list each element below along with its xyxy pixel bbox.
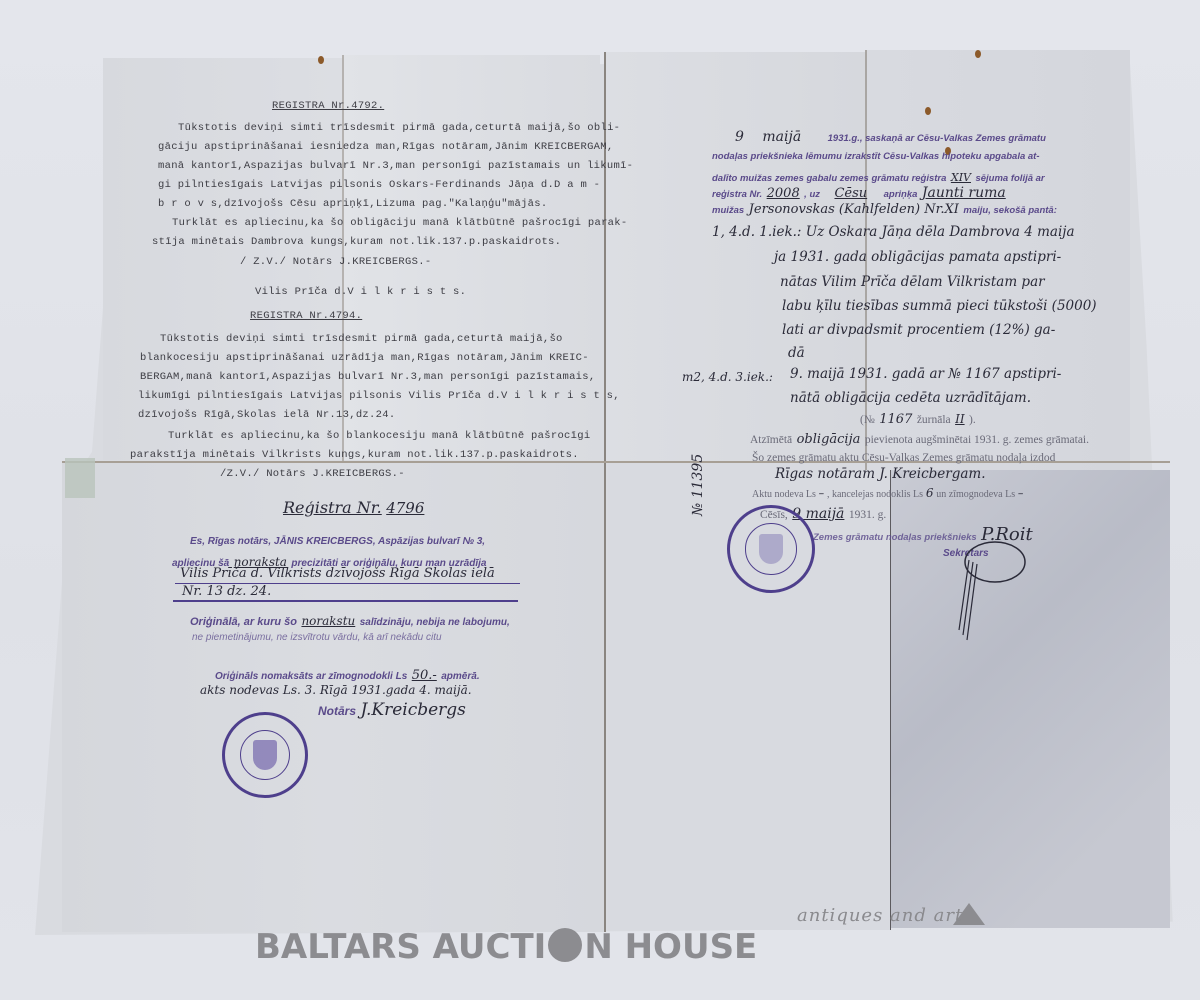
registry-line: muižas Jersonovskas (Kahlfelden) Nr.XI m… — [712, 200, 1057, 218]
paper-panel — [62, 462, 605, 932]
notary-signature: J.Kreicbergs — [360, 700, 465, 720]
register-1-line: stīja minētais Dambrova kungs,kuram not.… — [152, 236, 561, 248]
fold-line — [604, 52, 606, 932]
registry-date-line: 9 maijā 1931.g., saskaņā ar Cēsu-Valkas … — [735, 128, 1046, 146]
register-1-line: b r o v s,dzīvojošs Cēsu apriņķī,Lizuma … — [158, 198, 547, 210]
register-1-line: gāciju apstiprināšanai iesniedza man,Rīg… — [158, 141, 613, 153]
stamp-duty-line: Oriģināls nomaksāts ar zīmognodokli Ls 5… — [215, 666, 480, 684]
pin-hole — [975, 50, 981, 58]
register-3-heading: Reģistra Nr. 4796 — [283, 498, 424, 518]
register-2-line: parakstīja minētais Vilkrists kungs,kura… — [130, 449, 579, 461]
registry-entry: 9. maijā 1931. gadā ar № 1167 apstipri- — [790, 366, 1061, 382]
register-3-number: 4796 — [386, 499, 424, 517]
registry-entry: nātas Vilim Prīča dēlam Vilkristam par — [780, 274, 1045, 290]
journal-line: (№ 1167 žurnāla II ). — [860, 410, 976, 428]
register-3-line6: ne piemetinājumu, ne izsvītrotu vārdu, k… — [192, 632, 442, 643]
registry-entry-label: m2, 4.d. 3.iek.: — [682, 370, 773, 384]
register-2-line: BERGAM,manā kantorī,Aspazijas bulvarī Nr… — [140, 371, 595, 383]
registry-entry: nātā obligācija cedēta uzrādītājam. — [790, 390, 1031, 406]
register-2-line: blankocesiju apstiprināšanai uzrādīja ma… — [140, 352, 589, 364]
land-registry-stamp — [727, 505, 815, 593]
registry-entry: ja 1931. gada obligācijas pamata apstipr… — [774, 249, 1061, 265]
registry-line: Šo zemes grāmatu aktu Cēsu-Valkas Zemes … — [752, 452, 1055, 464]
registry-line: nodaļas priekšnieka lēmumu izrakstīt Cēs… — [712, 151, 1040, 162]
stamp-duty-amount: 50.- — [412, 668, 437, 683]
tape-patch — [65, 458, 95, 498]
notary-signature-line: Notārs J.Kreicbergs — [318, 700, 466, 720]
registry-line: Atzīmētā obligācija pievienota augšminēt… — [750, 430, 1089, 448]
coat-of-arms-icon — [759, 534, 783, 564]
register-3-hand-line: Vilis Prīča d. Vilkrists dzīvojošs Rīgā … — [180, 566, 495, 581]
pin-hole — [318, 56, 324, 64]
register-2-line: Tūkstotis deviņi simti trīsdesmit pirmā … — [160, 333, 563, 345]
register-1-line: Tūkstotis deviņi simti trīsdesmit pirmā … — [178, 122, 620, 134]
fees-line: Aktu nodeva Ls – , kancelejas nodoklis L… — [752, 486, 1023, 500]
register-1-heading: REGISTRA Nr.4792. — [272, 100, 384, 112]
registry-recipient: Rīgas notāram J. Kreicbergam. — [775, 466, 986, 482]
coat-of-arms-icon — [253, 740, 277, 770]
register-1-line: manā kantorī,Aspazijas bulvarī Nr.3,man … — [158, 160, 633, 172]
register-2-heading: REGISTRA Nr.4794. — [250, 310, 362, 322]
pin-hole — [925, 107, 931, 115]
register-2-line: Turklāt es apliecinu,ka šo blankocesiju … — [168, 430, 590, 442]
register-3-line1: Es, Rīgas notārs, JĀNIS KREICBERGS, Aspā… — [190, 536, 485, 547]
register-3-line5: Oriģinālā, ar kuru šo norakstu salīdzinā… — [190, 612, 510, 630]
notary-stamp — [222, 712, 308, 798]
auction-house-watermark: antiques and art BALTARS AUCTIN HOUSE — [255, 905, 1125, 985]
watermark-title: BALTARS AUCTIN HOUSE — [255, 927, 757, 967]
register-2-line: likumīgi pilntiesīgais Latvijas pilsonis… — [138, 390, 620, 402]
register-2-signature: /Z.V./ Notārs J.KREICBERGS.- — [220, 468, 405, 480]
act-fee-handwritten: akts nodevas Ls. 3. Rīgā 1931.gada 4. ma… — [200, 683, 472, 697]
register-2-line: dzīvojošs Rīgā,Skolas ielā Nr.13,dz.24. — [138, 409, 395, 421]
register-1-signature: / Z.V./ Notārs J.KREICBERGS.- — [240, 256, 431, 268]
registry-entry: lati ar divpadsmit procentiem (12%) ga- — [782, 322, 1055, 338]
secretary-signature — [955, 540, 1035, 650]
registry-entry: labu ķīlu tiesības summā pieci tūkstoši … — [782, 298, 1097, 314]
registry-number: 2008 — [767, 186, 800, 201]
watermark-subtitle: antiques and art — [797, 905, 963, 926]
register-1-line: gi pilntiesīgais Latvijas pilsonis Oskar… — [158, 179, 600, 191]
register-1-line: Turklāt es apliecinu,ka šo obligāciju ma… — [172, 217, 627, 229]
signer-name: Vilis Prīča d.V i l k r i s t s. — [255, 286, 466, 298]
underline-rule — [173, 600, 518, 602]
side-number: № 11395 — [690, 454, 706, 516]
registry-entry: 1, 4.d. 1.iek.: Uz Oskara Jāņa dēla Damb… — [712, 224, 1075, 240]
globe-icon — [548, 928, 582, 962]
register-3-hand-line: Nr. 13 dz. 24. — [182, 584, 271, 599]
registry-entry: dā — [788, 345, 805, 361]
